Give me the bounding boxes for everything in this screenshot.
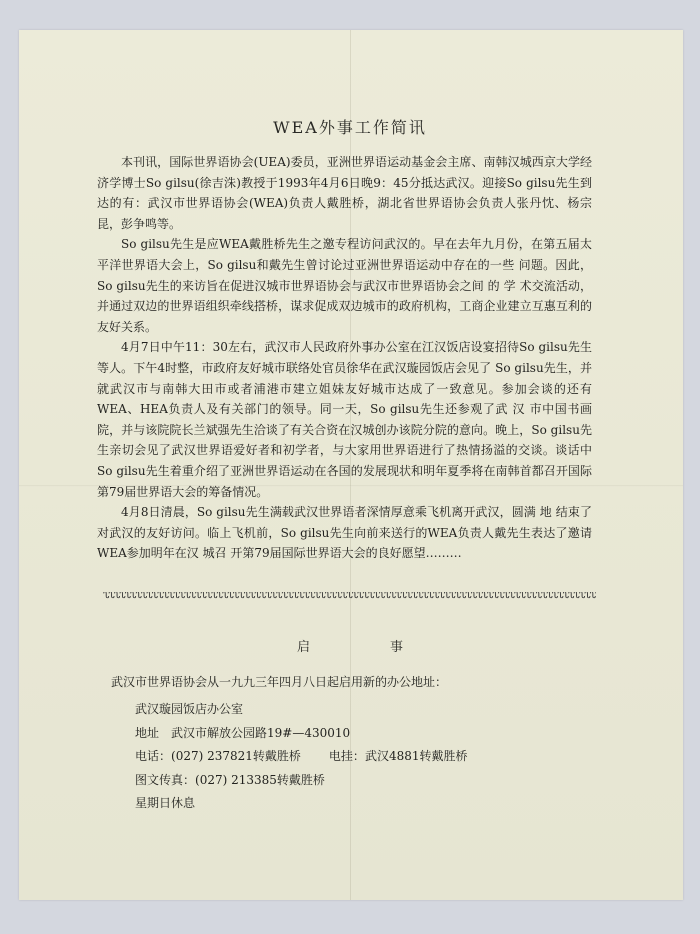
telegram-label: 电挂：: [329, 749, 365, 763]
fax-value: (027) 213385转戴胜桥: [195, 773, 325, 787]
address-label: 地址: [135, 726, 159, 740]
address-value: 武汉市解放公园路19#—430010: [171, 726, 350, 740]
office-name: 武汉璇园饭店办公室: [135, 699, 467, 723]
notice-title: 启事: [0, 636, 700, 655]
notice-title-char: 启: [297, 636, 310, 655]
document-title: WEA外事工作简讯: [0, 115, 700, 138]
document-body: 本刊讯，国际世界语协会(UEA)委员，亚洲世界语运动基金会主席、南韩汉城西京大学…: [97, 152, 592, 564]
fax-line: 图文传真：(027) 213385转戴胜桥: [135, 770, 467, 794]
notice-title-char: 事: [390, 636, 403, 655]
phone-line: 电话：(027) 237821转戴胜桥电挂：武汉4881转戴胜桥: [135, 746, 467, 770]
phone-label: 电话：: [135, 749, 171, 763]
fax-label: 图文传真：: [135, 773, 195, 787]
notice-details: 武汉璇园饭店办公室 地址武汉市解放公园路19#—430010 电话：(027) …: [135, 699, 467, 817]
ornamental-divider: ᔐᔐᔐᔐᔐᔐᔐᔐᔐᔐᔐᔐᔐᔐᔐᔐᔐᔐᔐᔐᔐᔐᔐᔐᔐᔐᔐᔐᔐᔐᔐᔐᔐᔐᔐᔐᔐᔐᔐᔐ…: [103, 592, 596, 600]
address-line: 地址武汉市解放公园路19#—430010: [135, 723, 467, 747]
paragraph: 4月7日中午11：30左右，武汉市人民政府外事办公室在江汉饭店设宴招待So gi…: [97, 337, 592, 502]
telegram-value: 武汉4881转戴胜桥: [365, 749, 468, 763]
phone-value: (027) 237821转戴胜桥: [171, 749, 301, 763]
closed-day: 星期日休息: [135, 793, 467, 817]
paragraph: 本刊讯，国际世界语协会(UEA)委员，亚洲世界语运动基金会主席、南韩汉城西京大学…: [97, 152, 592, 234]
notice-intro: 武汉市世界语协会从一九九三年四月八日起启用新的办公地址：: [111, 673, 447, 690]
paragraph: So gilsu先生是应WEA戴胜桥先生之邀专程访问武汉的。早在去年九月份，在第…: [97, 234, 592, 337]
paragraph: 4月8日清晨，So gilsu先生满载武汉世界语者深情厚意乘飞机离开武汉，圆满 …: [97, 502, 592, 564]
